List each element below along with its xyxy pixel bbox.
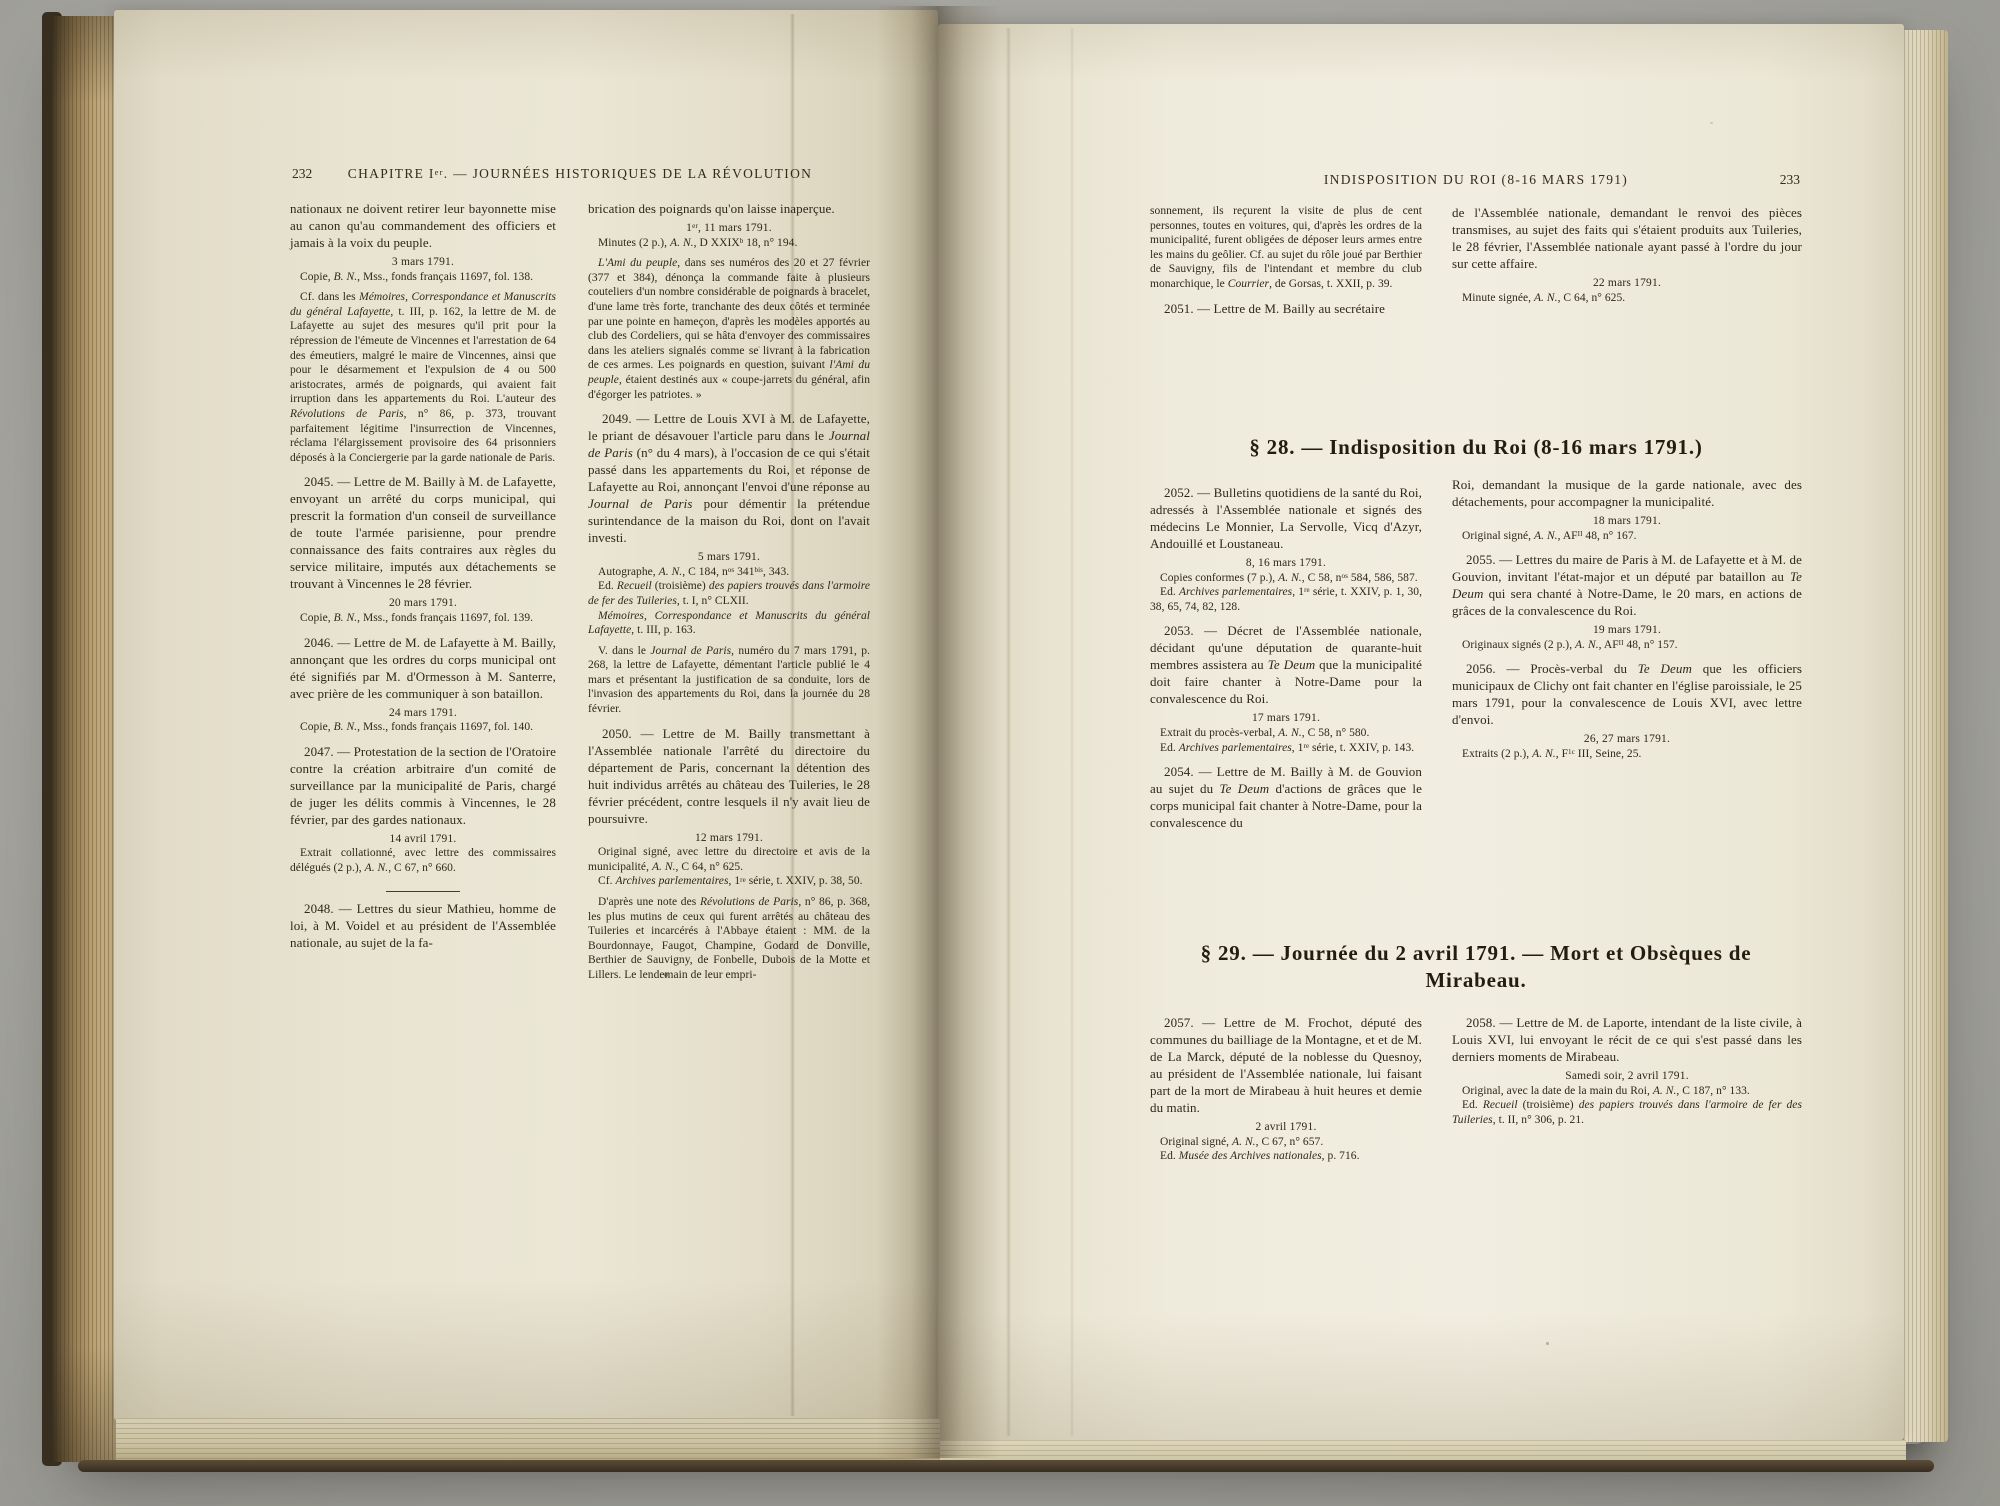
text-block-para: 2050. — Lettre de M. Bailly transmettant…	[588, 725, 870, 827]
text-block-para: 2048. — Lettres du sieur Mathieu, homme …	[290, 900, 556, 951]
left-page-running-title: CHAPITRE Ier. — JOURNÉES HISTORIQUES DE …	[290, 166, 870, 182]
text-column-right: brication des poignards qu'on laisse ina…	[588, 200, 870, 983]
text-block-ref: Cf. Archives parlementaires, 1re série, …	[588, 874, 870, 889]
text-block-ref: Mémoires, Correspondance et Manuscrits d…	[588, 609, 870, 638]
left-page-columns: nationaux ne doivent retirer leur bayonn…	[290, 200, 870, 983]
right-page-number: 233	[1780, 172, 1800, 188]
text-block-rule	[386, 891, 460, 892]
text-block-para: 2049. — Lettre de Louis XVI à M. de Lafa…	[588, 410, 870, 546]
text-block-para: 2052. — Bulletins quotidiens de la santé…	[1150, 484, 1422, 552]
text-block-ref: Ed. Recueil (troisième) des papiers trou…	[588, 579, 870, 608]
text-block-note: V. dans le Journal de Paris, numéro du 7…	[588, 644, 870, 717]
photo-backdrop: 232 CHAPITRE Ier. — JOURNÉES HISTORIQUES…	[0, 0, 2000, 1506]
text-block-para: 2046. — Lettre de M. de Lafayette à M. B…	[290, 634, 556, 702]
text-column-right: de l'Assemblée nationale, demandant le r…	[1452, 204, 1802, 317]
text-block-ref: Ed. Musée des Archives nationales, p. 71…	[1150, 1149, 1422, 1164]
text-block-date: 8, 16 mars 1791.	[1150, 556, 1422, 571]
text-block-date: 5 mars 1791.	[588, 550, 870, 565]
text-block-date: 19 mars 1791.	[1452, 623, 1802, 638]
right-page-running-title: INDISPOSITION DU ROI (8-16 MARS 1791)	[1150, 172, 1802, 188]
left-page-header: 232 CHAPITRE Ier. — JOURNÉES HISTORIQUES…	[290, 166, 870, 186]
text-block-ref: Copies conformes (7 p.), A. N., C 58, no…	[1150, 571, 1422, 586]
text-block-ref: Copie, B. N., Mss., fonds français 11697…	[290, 720, 556, 735]
text-block-ref: Ed. Archives parlementaires, 1re série, …	[1150, 585, 1422, 614]
text-block-date: 24 mars 1791.	[290, 706, 556, 721]
text-block-ref: Minute signée, A. N., C 64, n° 625.	[1452, 291, 1802, 306]
section-heading-29: § 29. — Journée du 2 avril 1791. — Mort …	[1150, 940, 1802, 994]
text-block-date: 18 mars 1791.	[1452, 514, 1802, 529]
text-block-para: de l'Assemblée nationale, demandant le r…	[1452, 204, 1802, 272]
text-block-date: 26, 27 mars 1791.	[1452, 732, 1802, 747]
text-block-ref: Ed. Archives parlementaires, 1re série, …	[1150, 741, 1422, 756]
text-block-ref: Copie, B. N., Mss., fonds français 11697…	[290, 611, 556, 626]
text-block-date: 2 avril 1791.	[1150, 1120, 1422, 1135]
text-block-para: 2045. — Lettre de M. Bailly à M. de Lafa…	[290, 473, 556, 592]
text-block-ref: Original signé, A. N., C 67, n° 657.	[1150, 1135, 1422, 1150]
text-block-note: L'Ami du peuple, dans ses numéros des 20…	[588, 256, 870, 402]
text-block-ref: Extraits (2 p.), A. N., F1c III, Seine, …	[1452, 747, 1802, 762]
text-block-ref: Minutes (2 p.), A. N., D XXIXb 18, n° 19…	[588, 236, 870, 251]
text-block-note: sonnement, ils reçurent la visite de plu…	[1150, 204, 1422, 292]
text-block-ref: Original, avec la date de la main du Roi…	[1452, 1084, 1802, 1099]
page-stack-edge-left	[52, 16, 118, 1462]
right-page-header: INDISPOSITION DU ROI (8-16 MARS 1791) 23…	[1150, 172, 1802, 192]
text-block-note: D'après une note des Révolutions de Pari…	[588, 895, 870, 983]
right-page-top-columns: sonnement, ils reçurent la visite de plu…	[1150, 204, 1802, 317]
page-stack-edge-bottom-left	[116, 1418, 940, 1462]
right-page-section28-columns: 2052. — Bulletins quotidiens de la santé…	[1150, 476, 1802, 831]
text-block-para: brication des poignards qu'on laisse ina…	[588, 200, 870, 217]
text-column-left: 2057. — Lettre de M. Frochot, député des…	[1150, 1006, 1422, 1164]
text-block-ref: Ed. Recueil (troisième) des papiers trou…	[1452, 1098, 1802, 1127]
text-block-ref: Extrait du procès-verbal, A. N., C 58, n…	[1150, 726, 1422, 741]
text-block-para: 2056. — Procès-verbal du Te Deum que les…	[1452, 660, 1802, 728]
paper-speck	[1710, 122, 1713, 124]
text-block-para: 2058. — Lettre de M. de Laporte, intenda…	[1452, 1014, 1802, 1065]
text-block-date: Samedi soir, 2 avril 1791.	[1452, 1069, 1802, 1084]
section-heading-28: § 28. — Indisposition du Roi (8-16 mars …	[1150, 434, 1802, 461]
text-block-ref: Originaux signés (2 p.), A. N., AFII 48,…	[1452, 638, 1802, 653]
text-block-para: 2055. — Lettres du maire de Paris à M. d…	[1452, 551, 1802, 619]
right-page-section29-columns: 2057. — Lettre de M. Frochot, député des…	[1150, 1006, 1802, 1164]
text-block-para: 2051. — Lettre de M. Bailly au secrétair…	[1150, 300, 1422, 317]
text-block-date: 14 avril 1791.	[290, 832, 556, 847]
text-block-para: nationaux ne doivent retirer leur bayonn…	[290, 200, 556, 251]
text-block-para: Roi, demandant la musique de la garde na…	[1452, 476, 1802, 510]
text-block-date: 17 mars 1791.	[1150, 711, 1422, 726]
text-column-right: Roi, demandant la musique de la garde na…	[1452, 476, 1802, 831]
page-stack-edge-right	[1904, 30, 1948, 1442]
text-block-date: 22 mars 1791.	[1452, 276, 1802, 291]
text-column-right: 2058. — Lettre de M. de Laporte, intenda…	[1452, 1006, 1802, 1164]
text-block-para: 2057. — Lettre de M. Frochot, député des…	[1150, 1014, 1422, 1116]
text-block-para: 2054. — Lettre de M. Bailly à M. de Gouv…	[1150, 763, 1422, 831]
text-block-date: 20 mars 1791.	[290, 596, 556, 611]
text-block-ref: Original signé, avec lettre du directoir…	[588, 845, 870, 874]
text-block-date: 1er, 11 mars 1791.	[588, 221, 870, 236]
text-block-ref: Autographe, A. N., C 184, nos 341bis, 34…	[588, 565, 870, 580]
book-cover-bottom	[78, 1460, 1934, 1472]
text-block-ref: Original signé, A. N., AFII 48, n° 167.	[1452, 529, 1802, 544]
text-block-ref: Extrait collationné, avec lettre des com…	[290, 846, 556, 875]
open-book: 232 CHAPITRE Ier. — JOURNÉES HISTORIQUES…	[50, 4, 1950, 1476]
text-block-date: 3 mars 1791.	[290, 255, 556, 270]
text-block-para: 2053. — Décret de l'Assemblée nationale,…	[1150, 622, 1422, 707]
paper-speck	[1546, 1342, 1549, 1345]
text-column-left: 2052. — Bulletins quotidiens de la santé…	[1150, 476, 1422, 831]
text-column-left: nationaux ne doivent retirer leur bayonn…	[290, 200, 556, 983]
text-block-para: 2047. — Protestation de la section de l'…	[290, 743, 556, 828]
text-block-ref: Copie, B. N., Mss., fonds français 11697…	[290, 270, 556, 285]
text-column-left: sonnement, ils reçurent la visite de plu…	[1150, 204, 1422, 317]
text-block-date: 12 mars 1791.	[588, 831, 870, 846]
text-block-note: Cf. dans les Mémoires, Correspondance et…	[290, 290, 556, 465]
